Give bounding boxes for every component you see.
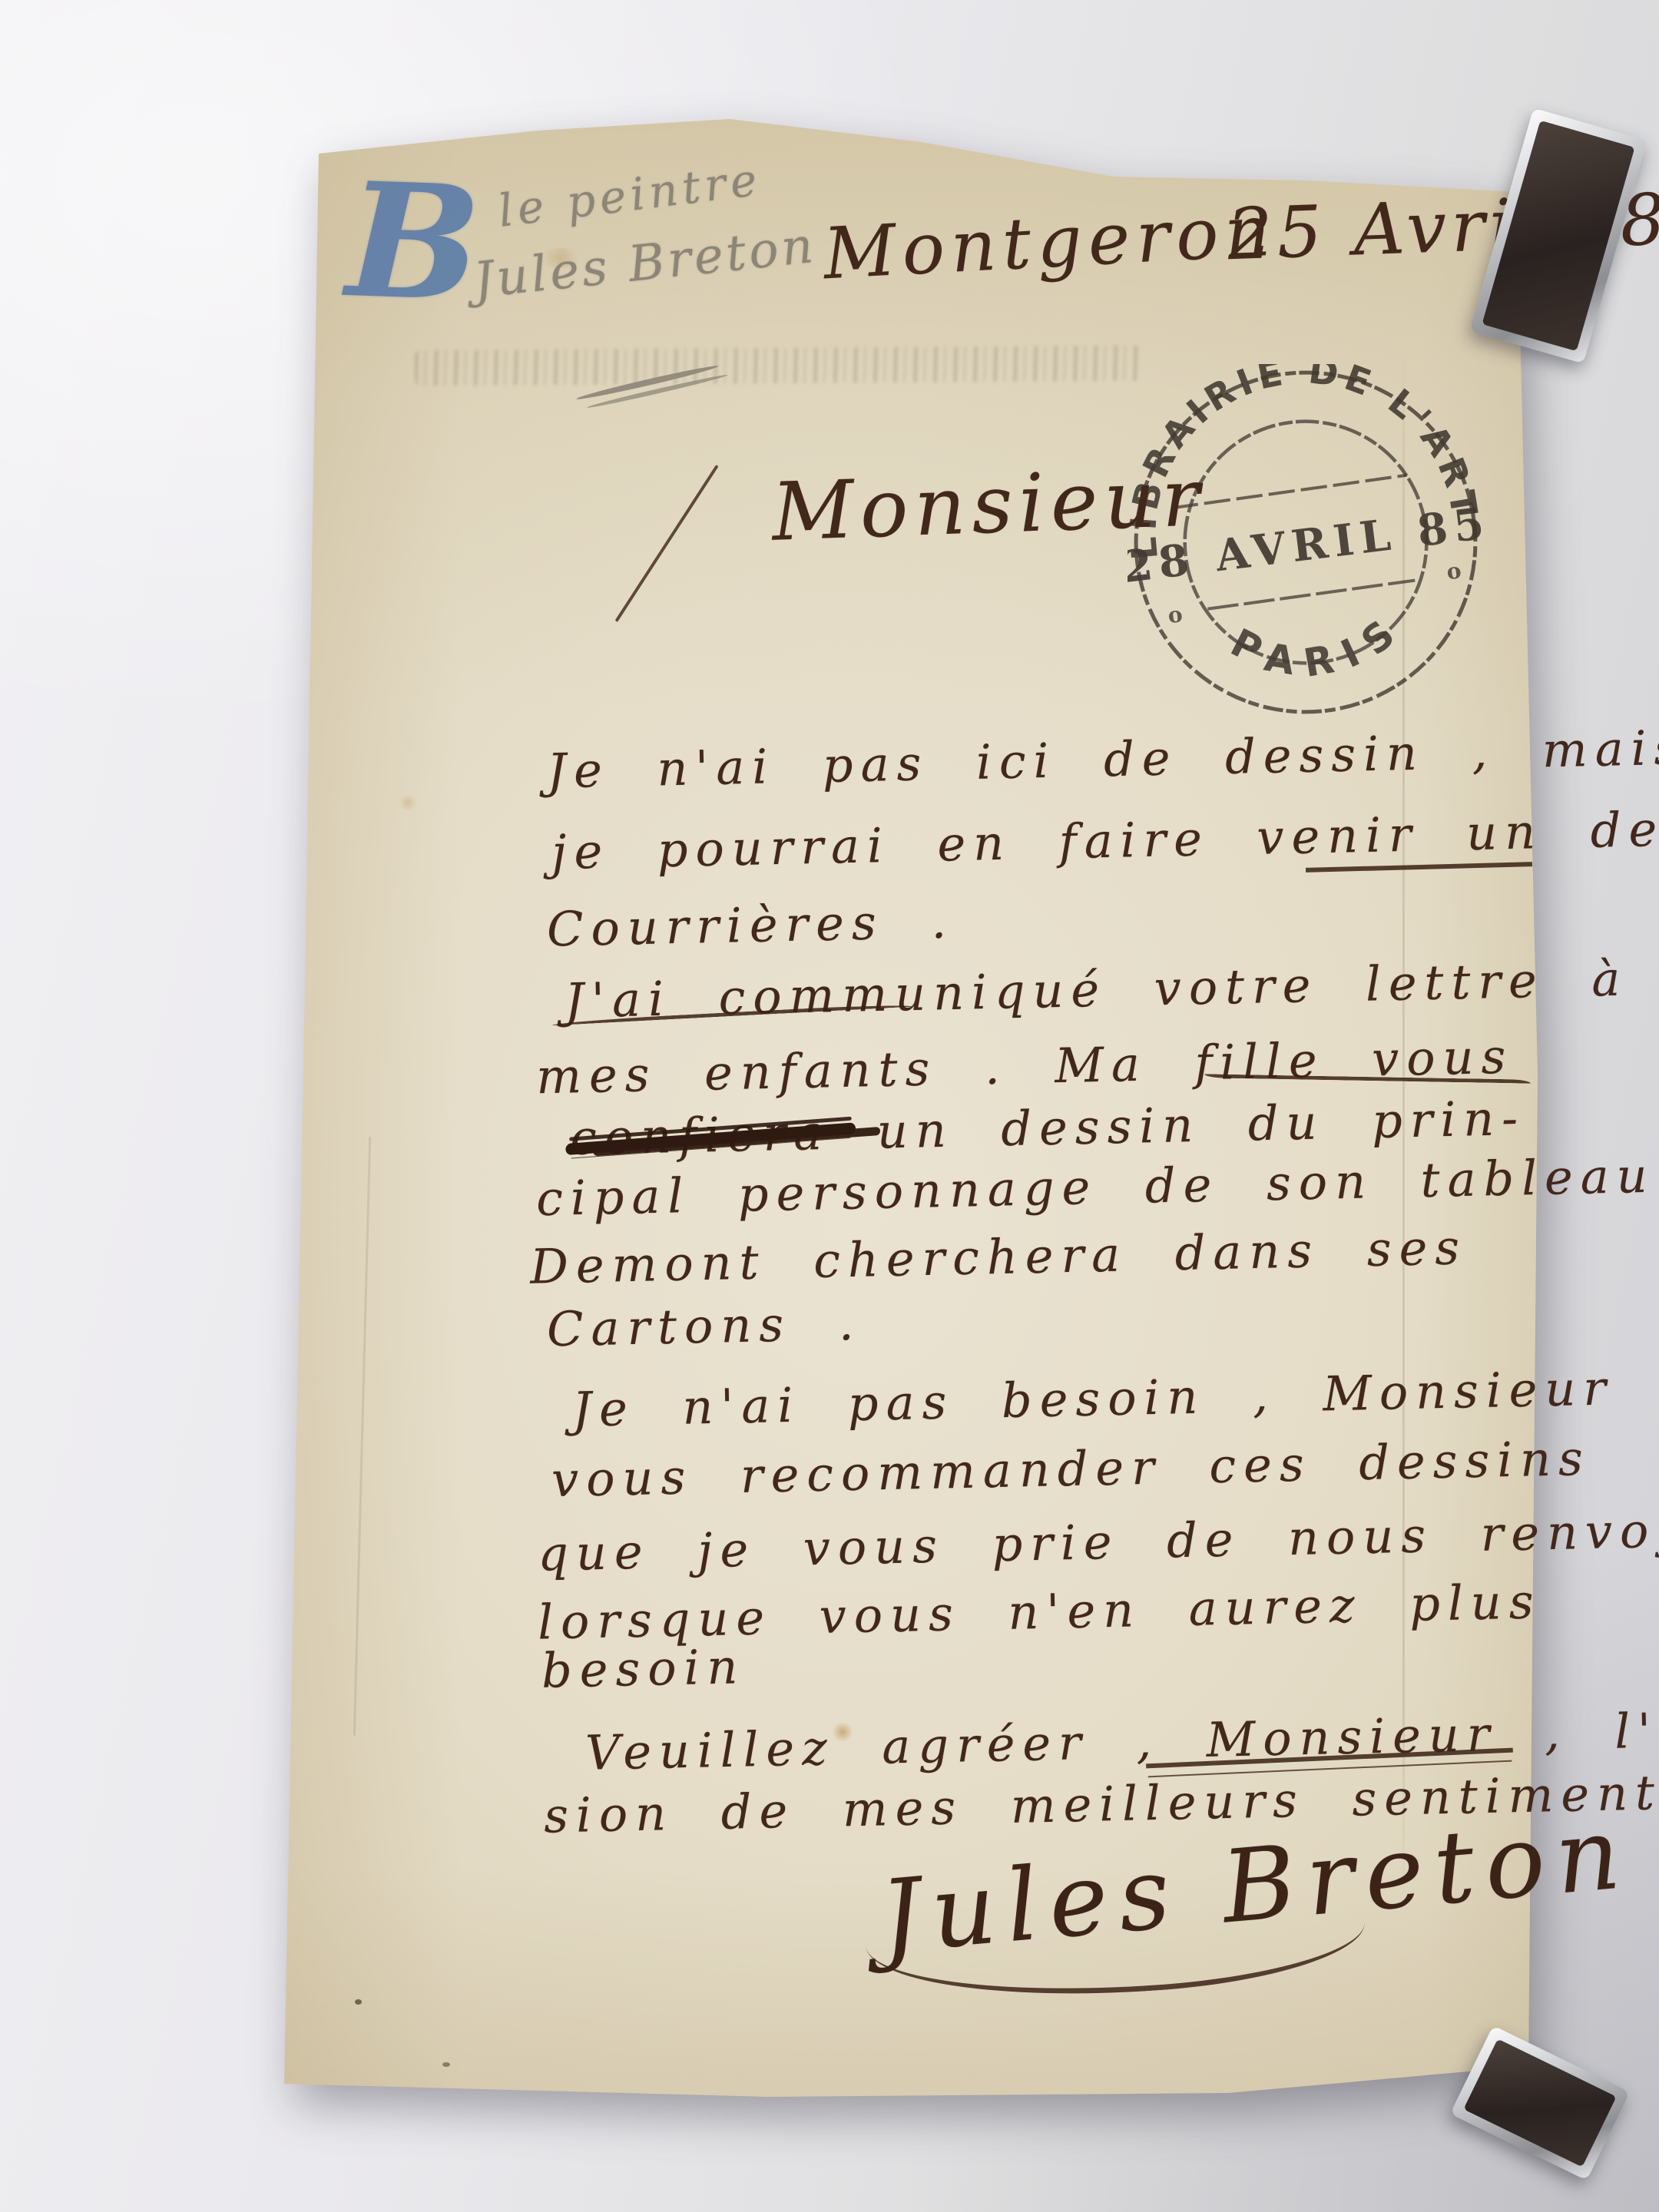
blue-crayon-initial: B: [344, 162, 482, 324]
foxing-spot: [442, 2062, 450, 2067]
postmark-city-text: PARIS: [1219, 599, 1418, 696]
handwriting-segment: Courrières .: [546, 892, 954, 957]
postmark-left-ornament: o: [1167, 601, 1184, 628]
foxing-spot: [398, 795, 418, 810]
handwritten-line: Cartons .: [546, 1295, 862, 1358]
postmark-right-ornament: o: [1445, 557, 1463, 584]
handwritten-line: Courrières .: [546, 892, 954, 957]
photo-scene: B le peintre Jules Breton Montgeron 25 A…: [0, 0, 1659, 2212]
salutation: Monsieur: [770, 450, 1207, 559]
postmark-upper-rule: [1171, 475, 1407, 508]
handwriting-segment: besoin: [541, 1638, 746, 1699]
handwritten-line: besoin: [541, 1638, 746, 1699]
paper-crease: [353, 1137, 371, 1736]
ink-bleed-through: [415, 346, 1141, 386]
struck-word: confiera: [569, 1104, 830, 1166]
svg-text:PARIS: PARIS: [1219, 599, 1418, 696]
foxing-spot: [355, 1999, 362, 2005]
handwriting-segment: Cartons .: [546, 1295, 862, 1358]
